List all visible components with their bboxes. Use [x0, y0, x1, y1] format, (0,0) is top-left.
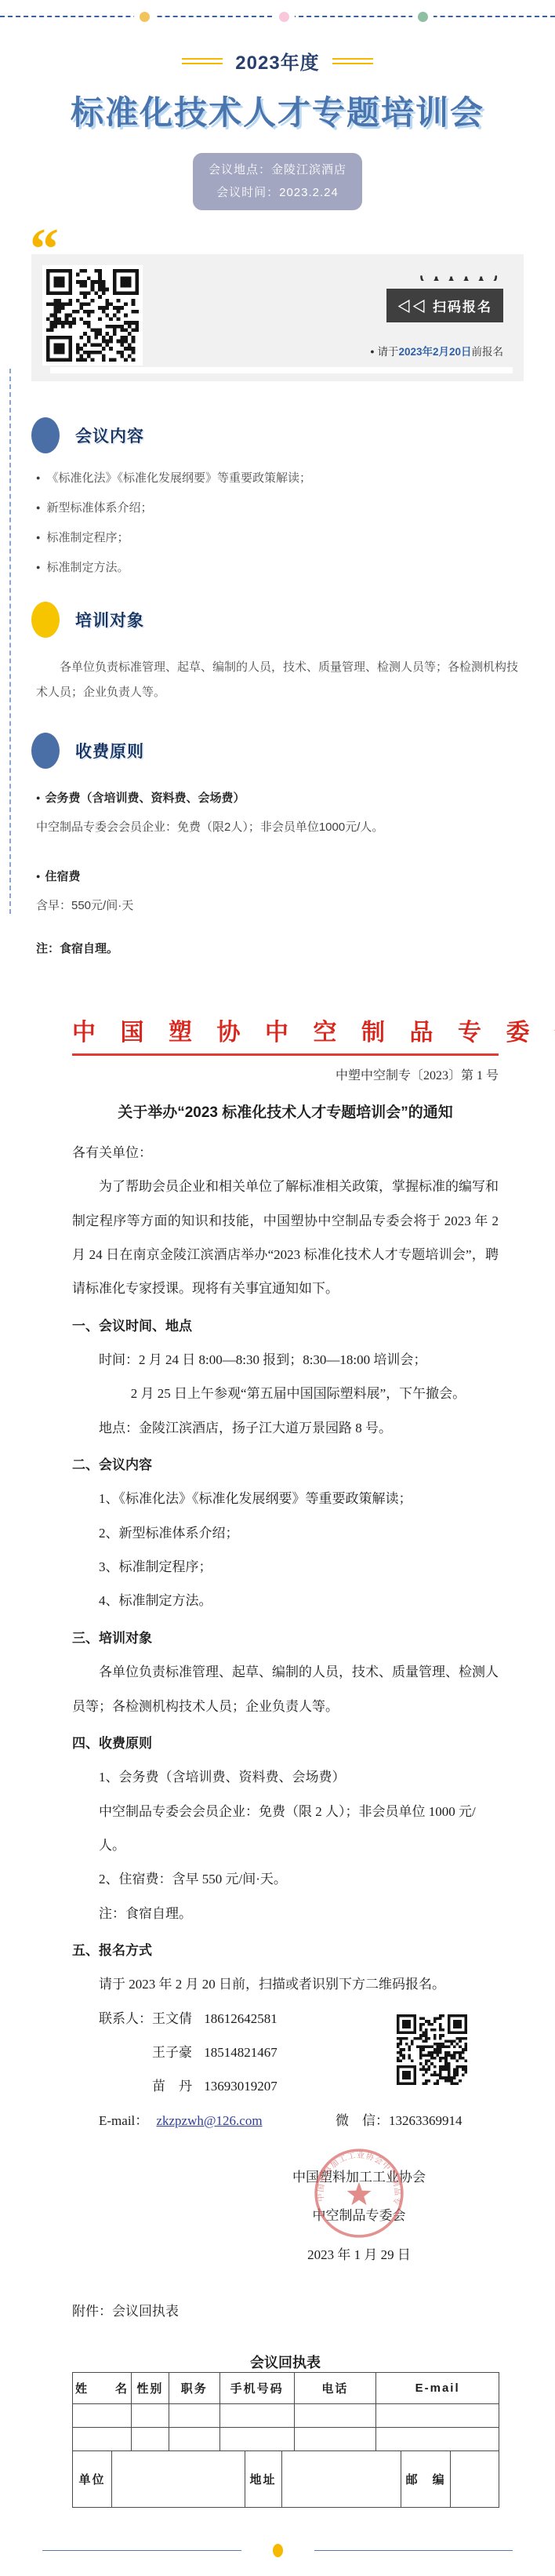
doc-line: 中空制品专委会会员企业：免费（限 2 人）；非会员单位 1000 元/人。	[99, 1795, 499, 1863]
section-title-content: 会议内容	[75, 424, 144, 447]
table-cell	[376, 2404, 499, 2428]
footer-label-address: 地址	[245, 2451, 281, 2508]
content-bullet-list: ●《标准化法》《标准化发展纲要》等重要政策解读； ●新型标准体系介绍； ●标准制…	[36, 469, 555, 575]
letterhead: 中 国 塑 协 中 空 制 品 专 委 会	[72, 1013, 499, 1056]
list-item: ●《标准化法》《标准化发展纲要》等重要政策解读；	[36, 469, 555, 486]
doc-section-title: 三、培训对象	[72, 1621, 499, 1655]
col-header-gender: 性别	[131, 2373, 169, 2404]
doc-line: 1、会务费（含培训费、资料费、会场费）	[99, 1760, 499, 1794]
doc-section-title: 五、报名方式	[72, 1934, 499, 1967]
scanned-notice-document: 中 国 塑 协 中 空 制 品 专 委 会 中塑中空制专〔2023〕第 1 号 …	[0, 1013, 555, 2372]
notice-title: 关于举办“2023 标准化技术人才专题培训会”的通知	[72, 1101, 499, 1122]
fee-item-title: ●住宿费	[36, 868, 519, 884]
panel-bottom-strip	[50, 367, 513, 373]
table-cell	[281, 2451, 401, 2508]
section-head-content: 会议内容	[31, 417, 555, 453]
fee-title-text: 住宿费	[45, 870, 80, 883]
meeting-time: 会议时间：2023.2.24	[209, 182, 346, 205]
attachment-line: 附件：会议回执表	[72, 2294, 499, 2328]
bullet-icon: ●	[36, 872, 40, 880]
doc-line: 注：食宿自理。	[99, 1897, 499, 1930]
deadline-prefix: 请于	[377, 346, 398, 358]
signup-right-column: ◁◁ 扫码报名 ● 请于2023年2月20日前报名	[370, 265, 503, 366]
contact-label: 联系人：	[99, 2011, 152, 2026]
official-stamp-red-icon: 中国塑料加工工业协会中空制品专委会	[311, 2145, 407, 2241]
doc-line: 3、标准制定程序；	[99, 1550, 499, 1584]
table-cell	[131, 2404, 169, 2428]
poster-header: 2023年度 标准化技术人才专题培训会 会议地点：金陵江滨酒店 会议时间：202…	[0, 47, 555, 210]
table-row	[73, 2404, 499, 2428]
list-item: ●标准制定程序；	[36, 529, 555, 545]
contact-name: 王子豪	[152, 2045, 192, 2060]
doc-line: 2、住宿费：含早 550 元/间·天。	[99, 1862, 499, 1896]
table-cell	[169, 2428, 219, 2451]
signup-qr-code	[42, 265, 143, 366]
bottom-line-right	[314, 2550, 513, 2551]
bullet-text: 标准制定方法。	[46, 561, 129, 574]
doc-line: 2、新型标准体系介绍；	[99, 1516, 499, 1550]
meeting-info-badge: 会议地点：金陵江滨酒店 会议时间：2023.2.24	[193, 153, 362, 210]
reply-table: 姓 名 性别 职务 手机号码 电话 E-mail	[72, 2372, 499, 2451]
doc-section-title: 一、会议时间、地点	[72, 1309, 499, 1343]
bullet-text: 新型标准体系介绍；	[46, 501, 152, 515]
signature-block: 中国塑料加工工业协会中空制品专委会 中国塑料加工工业协会 中空制品专委会 202…	[257, 2158, 461, 2274]
doc-section-title: 二、会议内容	[72, 1448, 499, 1482]
salutation: 各有关单位：	[72, 1136, 499, 1170]
table-cell	[131, 2428, 169, 2451]
col-header-email: E-mail	[376, 2373, 499, 2404]
section-title-fees: 收费原则	[75, 739, 144, 762]
email-label: E-mail：	[99, 2104, 148, 2138]
wechat-number: 13263369914	[389, 2104, 462, 2138]
page: 2023年度 标准化技术人才专题培训会 会议地点：金陵江滨酒店 会议时间：202…	[0, 0, 555, 2576]
footer-label-unit: 单位	[73, 2451, 112, 2508]
contact-name: 苗 丹	[152, 2079, 192, 2094]
col-header-mobile: 手机号码	[219, 2373, 294, 2404]
table-cell	[219, 2428, 294, 2451]
wave-icon	[419, 267, 500, 281]
col-header-name: 姓 名	[73, 2373, 132, 2404]
year-row: 2023年度	[0, 47, 555, 75]
bullet-icon: ●	[370, 347, 374, 355]
fee-item-title: ●会务费（含培训费、资料费、会场费）	[36, 789, 519, 806]
top-decoration-line	[0, 16, 555, 17]
document-number: 中塑中空制专〔2023〕第 1 号	[72, 1065, 499, 1083]
table-cell	[73, 2428, 132, 2451]
bottom-dot-yellow	[273, 2544, 283, 2557]
table-cell	[111, 2451, 245, 2508]
doc-line: 请于 2023 年 2 月 20 日前，扫描或者识别下方二维码报名。	[99, 1967, 499, 2001]
doc-line: 地点：金陵江滨酒店，扬子江大道万景园路 8 号。	[99, 1411, 499, 1445]
bottom-line-left	[42, 2550, 241, 2551]
wechat-label: 微 信：	[336, 2104, 389, 2138]
signup-deadline-note: ● 请于2023年2月20日前报名	[370, 343, 503, 358]
table-cell	[294, 2428, 376, 2451]
registration-qr-code	[397, 2014, 467, 2085]
table-cell	[219, 2404, 294, 2428]
section-circle-yellow-icon	[31, 602, 60, 638]
footer-label-zip: 邮 编	[401, 2451, 451, 2508]
reply-table-footer: 单位 地址 邮 编	[72, 2450, 499, 2508]
reply-table-title: 会议回执表	[72, 2352, 499, 2372]
contact-line: 联系人：王文倩18612642581	[99, 2002, 397, 2036]
section-circle-blue-icon	[31, 733, 60, 769]
bullet-text: 标准制定程序；	[46, 531, 129, 544]
bullet-text: 《标准化法》《标准化发展纲要》等重要政策解读；	[46, 471, 311, 485]
contact-line: 王子豪18514821467	[152, 2036, 397, 2069]
meeting-venue: 会议地点：金陵江滨酒店	[209, 159, 346, 182]
bullet-icon: ●	[36, 504, 40, 511]
year-line-left-icon	[182, 58, 223, 64]
section-head-fees: 收费原则	[31, 733, 555, 769]
fee-item-text: 中空制品专委会会员企业：免费（限2人）；非会员单位1000元/人。	[36, 818, 519, 835]
table-cell	[376, 2428, 499, 2451]
section-head-audience: 培训对象	[31, 602, 555, 638]
fee-item-text: 含早：550元/间·天	[36, 897, 519, 913]
table-row	[73, 2428, 499, 2451]
contact-phone: 18612642581	[204, 2011, 277, 2026]
scan-signup-button[interactable]: ◁◁ 扫码报名	[386, 289, 503, 322]
list-item: ●标准制定方法。	[36, 558, 555, 575]
doc-line: 时间：2 月 24 日 8:00—8:30 报到；8:30—18:00 培训会；	[99, 1343, 499, 1377]
decoration-dot-yellow	[140, 12, 150, 22]
bullet-icon: ●	[36, 474, 40, 482]
doc-line: 2 月 25 日上午参观“第五届中国国际塑料展”，下午撤会。	[131, 1377, 499, 1410]
contact-phone: 13693019207	[204, 2079, 277, 2094]
contact-line: 苗 丹13693019207	[152, 2069, 397, 2103]
intro-paragraph: 为了帮助会员企业和相关单位了解标准相关政策，掌握标准的编写和制定程序等方面的知识…	[72, 1170, 499, 1305]
fee-block: ●会务费（含培训费、资料费、会场费） 中空制品专委会会员企业：免费（限2人）；非…	[36, 789, 519, 956]
email-wechat-line: E-mail： zkzpzwh@126.com 微 信： 13263369914	[99, 2104, 499, 2138]
contact-phone: 18514821467	[204, 2045, 277, 2060]
poster-sections: 会议内容 ●《标准化法》《标准化发展纲要》等重要政策解读； ●新型标准体系介绍；…	[0, 417, 555, 956]
doc-paragraph: 各单位负责标准管理、起草、编制的人员，技术、质量管理、检测人员等；各检测机构技术…	[72, 1655, 499, 1723]
year-label: 2023年度	[235, 47, 319, 75]
decoration-dot-green	[418, 12, 428, 22]
list-item: ●新型标准体系介绍；	[36, 499, 555, 515]
bullet-icon: ●	[36, 794, 40, 802]
table-cell	[294, 2404, 376, 2428]
section-title-audience: 培训对象	[75, 608, 144, 631]
signup-panel: ◁◁ 扫码报名 ● 请于2023年2月20日前报名	[31, 254, 524, 381]
deadline-suffix: 前报名	[472, 346, 504, 358]
fee-note: 注：食宿自理。	[36, 940, 519, 956]
doc-line: 1、《标准化法》《标准化发展纲要》等重要政策解读；	[99, 1482, 499, 1515]
contact-lines: 联系人：王文倩18612642581 王子豪18514821467 苗 丹136…	[72, 2002, 397, 2104]
table-cell	[451, 2451, 499, 2508]
contact-name: 王文倩	[152, 2011, 192, 2026]
table-cell	[169, 2404, 219, 2428]
fee-title-text: 会务费（含培训费、资料费、会场费）	[45, 791, 245, 805]
bullet-icon: ●	[36, 533, 40, 541]
col-header-phone: 电话	[294, 2373, 376, 2404]
contact-block: 联系人：王文倩18612642581 王子豪18514821467 苗 丹136…	[72, 2002, 499, 2104]
section-circle-blue-icon	[31, 417, 60, 453]
decoration-dot-pink	[279, 12, 289, 22]
col-header-position: 职务	[169, 2373, 219, 2404]
table-cell	[73, 2404, 132, 2428]
page-title: 标准化技术人才专题培训会	[0, 87, 555, 134]
section-timeline	[9, 369, 11, 914]
table-header-row: 姓 名 性别 职务 手机号码 电话 E-mail	[73, 2373, 499, 2404]
email-link[interactable]: zkzpzwh@126.com	[156, 2104, 262, 2138]
year-line-right-icon	[332, 58, 373, 64]
deadline-date: 2023年2月20日	[398, 346, 471, 358]
audience-paragraph: 各单位负责标准管理、起草、编制的人员，技术、质量管理、检测人员等；各检测机构技术…	[36, 655, 519, 704]
doc-line: 4、标准制定方法。	[99, 1584, 499, 1617]
table-footer-row: 单位 地址 邮 编	[73, 2451, 499, 2508]
bullet-icon: ●	[36, 563, 40, 571]
doc-section-title: 四、收费原则	[72, 1726, 499, 1760]
bottom-decoration-line	[42, 2544, 513, 2557]
